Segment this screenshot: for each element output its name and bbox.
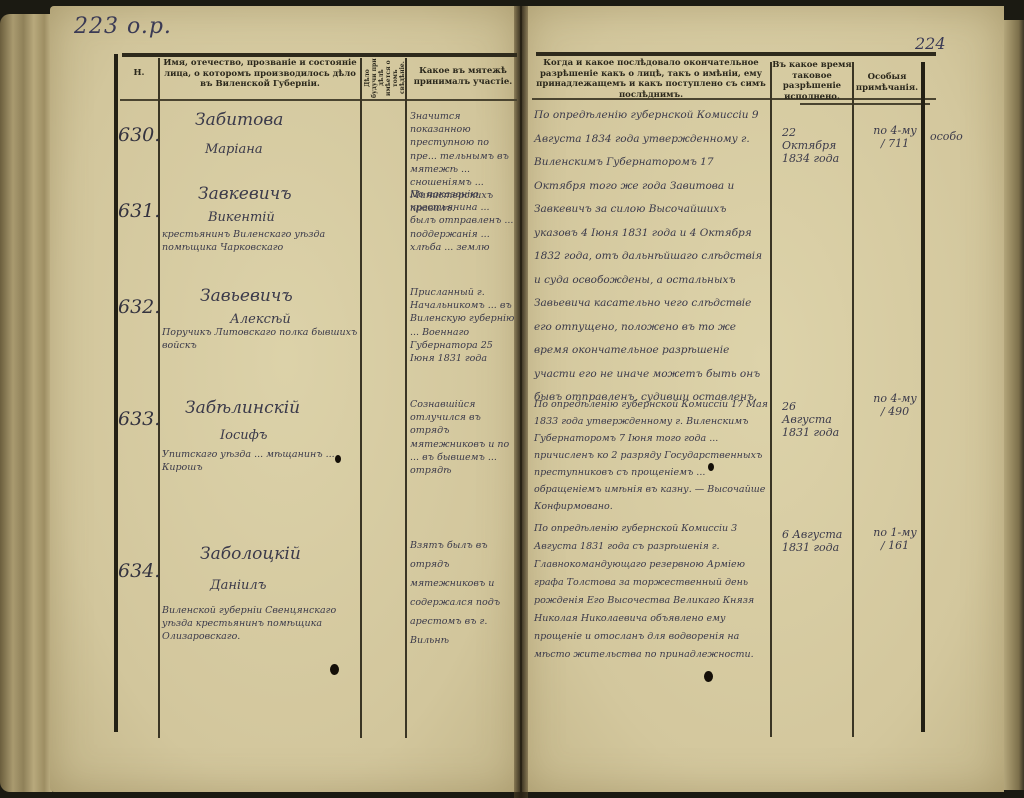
entry-status: крестьянинъ Виленскаго уѣзда помѣщика Ча… (162, 228, 358, 254)
entry-number: 631. (118, 200, 160, 222)
entry-number: 633. (118, 408, 160, 430)
entry-participation: По показанiю крестьянина ... былъ отправ… (410, 188, 518, 254)
entry-given-name: Данiилъ (210, 578, 266, 593)
entry-surname: Заболоцкiй (200, 544, 301, 564)
paper-hole (335, 455, 341, 463)
header-person: Имя, отечество, прозванiе и состоянiе ли… (160, 58, 360, 90)
entry-resolution: По опредѣленiю губернской Комиссiи 3 Авг… (534, 520, 768, 664)
entry-given-name: Алексѣй (230, 312, 291, 327)
entry-status: Виленской губернiи Свенцянскаго уѣзда кр… (162, 604, 358, 644)
header-number: Н. (122, 68, 156, 79)
left-margin-rule (114, 54, 118, 732)
paper-hole (708, 463, 714, 471)
entry-resolution: По опредѣленiю губернской Комиссiи 17 Ма… (534, 396, 768, 515)
entry-surname: Забѣлинскiй (185, 398, 300, 418)
entry-status: Поручикъ Литовскаго полка бывшихъ войскъ (162, 326, 358, 352)
entry-participation: Сознавшiйся отлучился въ отрядъ мятежник… (410, 398, 518, 477)
open-ledger-book: 223 o.p. 224 Н. Имя, отечество, прозванi… (0, 0, 1024, 798)
entry-given-name: Iосифъ (220, 428, 267, 443)
entry-execution-time: 6 Августа 1831 года (782, 528, 846, 554)
entry-number: 634. (118, 560, 160, 582)
subrule-right (800, 103, 930, 105)
col-rule-1 (158, 58, 160, 738)
header-resolution: Когда и какое послѣдовало окончательное … (532, 58, 770, 100)
entry-number: 632. (118, 296, 160, 318)
entry-remark: особо (930, 130, 963, 143)
entry-notes: по 1-му / 161 (872, 526, 918, 552)
paper-hole (330, 664, 339, 675)
entry-notes: по 4-му / 711 (872, 124, 918, 150)
header-case-location: Дѣло будучи при дѣлѣ имѣется о томъ свѣд… (364, 58, 402, 98)
entry-notes: по 4-му / 490 (872, 392, 918, 418)
col-rule-3 (405, 58, 407, 738)
col-rule-2 (360, 58, 362, 738)
entry-resolution: По опредѣленiю губернской Комиссiи 9 Авг… (534, 104, 768, 410)
col-rule-5 (852, 62, 854, 737)
entry-surname: Завьевичъ (200, 286, 293, 306)
col-rule-4 (770, 62, 772, 737)
header-participation: Какое въ мятежѣ принималъ участiе. (408, 66, 518, 87)
entry-surname: Завкевичъ (198, 184, 292, 204)
entry-given-name: Викентiй (208, 210, 275, 225)
page-edges-left (0, 14, 52, 792)
entry-execution-time: 22 Октября 1834 года (782, 126, 846, 165)
header-notes: Особыя примѣчанiя. (854, 72, 920, 93)
entry-number: 630. (118, 124, 160, 146)
right-margin-rule (921, 62, 925, 732)
header-top-rule-left (122, 53, 517, 57)
folio-left: 223 o.p. (74, 14, 172, 39)
entry-execution-time: 26 Августа 1831 года (782, 400, 846, 439)
entry-participation: Присланный г. Начальникомъ ... въ Виленс… (410, 286, 518, 365)
folio-right: 224 (915, 34, 946, 53)
paper-hole (704, 671, 713, 682)
entry-given-name: Марiана (205, 142, 263, 157)
header-top-rule-right (536, 52, 936, 56)
entry-surname: Забитова (195, 110, 283, 130)
header-bottom-rule-left (120, 99, 517, 101)
header-execution-time: Въ какое время таковое разрѣшенiе исполн… (772, 60, 852, 102)
entry-status: Упитскаго уѣзда ... мѣщанинъ ... Кирошъ (162, 448, 358, 474)
entry-participation: Взятъ былъ въ отрядъ мятежниковъ и содер… (410, 536, 518, 650)
